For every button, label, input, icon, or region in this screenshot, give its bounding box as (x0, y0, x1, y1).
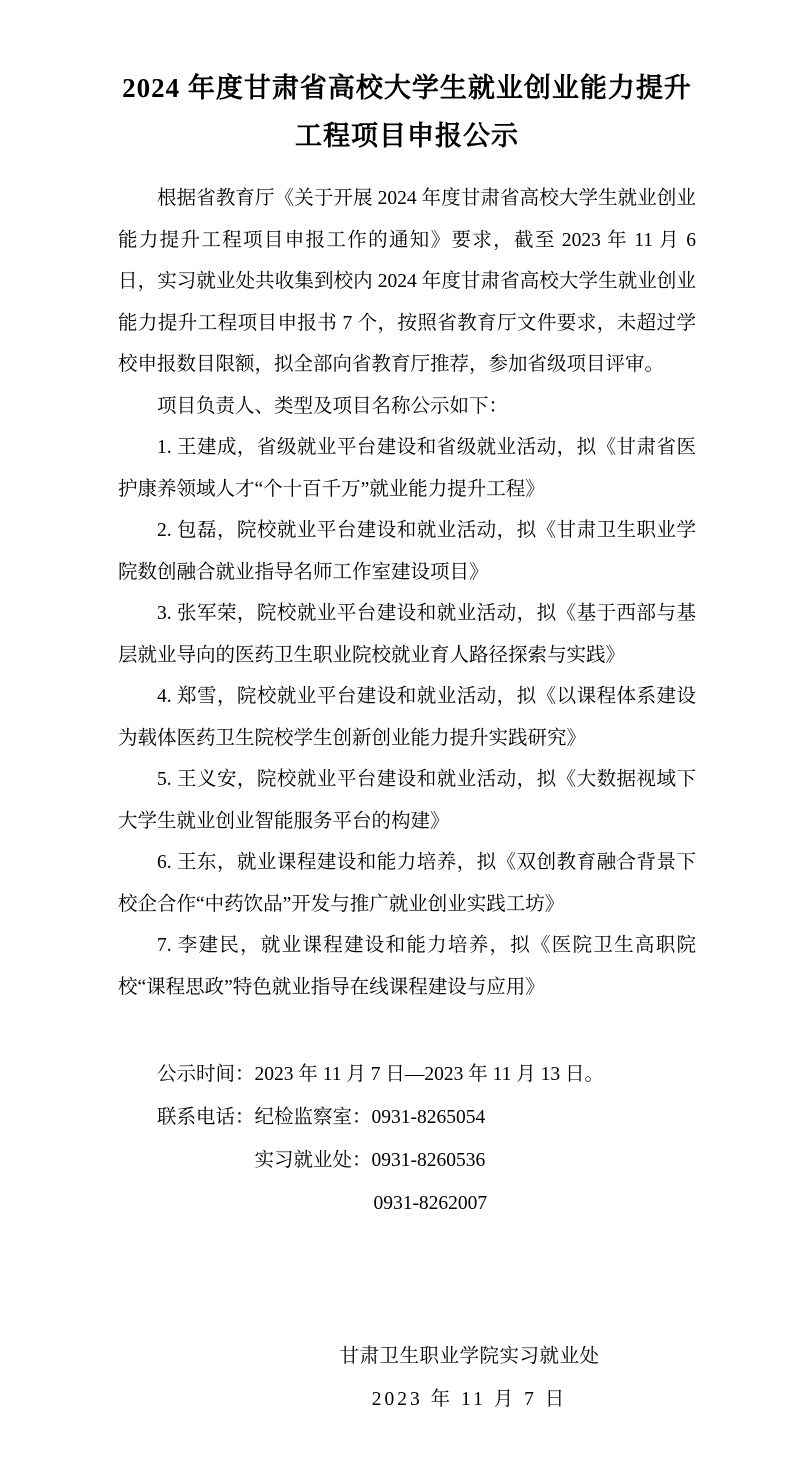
signature-org: 甘肃卫生职业学院实习就业处 (243, 1335, 696, 1378)
notice-block: 公示时间：2023 年 11 月 7 日—2023 年 11 月 13 日。 联… (118, 1053, 696, 1225)
project-item-2: 2. 包磊，院校就业平台建设和就业活动，拟《甘肃卫生职业学院数创融合就业指导名师… (118, 510, 696, 593)
document-title-line-1: 2024 年度甘肃省高校大学生就业创业能力提升 (118, 64, 696, 112)
signature-block: 甘肃卫生职业学院实习就业处 2023 年 11 月 7 日 (118, 1335, 696, 1421)
project-item-6: 6. 王东，就业课程建设和能力培养，拟《双创教育融合背景下校企合作“中药饮品”开… (118, 842, 696, 925)
document-title-line-2: 工程项目申报公示 (118, 112, 696, 160)
list-heading: 项目负责人、类型及项目名称公示如下： (118, 386, 696, 428)
project-list: 1. 王建成，省级就业平台建设和省级就业活动，拟《甘肃省医护康养领域人才“个十百… (118, 427, 696, 1008)
project-item-7: 7. 李建民，就业课程建设和能力培养，拟《医院卫生高职院校“课程思政”特色就业指… (118, 925, 696, 1008)
document-page: 2024 年度甘肃省高校大学生就业创业能力提升 工程项目申报公示 根据省教育厅《… (0, 0, 793, 1481)
project-item-3: 3. 张军荣，院校就业平台建设和就业活动，拟《基于西部与基层就业导向的医药卫生职… (118, 593, 696, 676)
project-item-5: 5. 王义安，院校就业平台建设和就业活动，拟《大数据视域下大学生就业创业智能服务… (118, 759, 696, 842)
contact-phone-line-2: 实习就业处：0931-8260536 (118, 1139, 696, 1182)
contact-phone-line-3: 0931-8262007 (118, 1182, 696, 1225)
contact-phone-line-1: 联系电话：纪检监察室：0931-8265054 (118, 1096, 696, 1139)
document-title: 2024 年度甘肃省高校大学生就业创业能力提升 工程项目申报公示 (118, 64, 696, 160)
intro-paragraph: 根据省教育厅《关于开展 2024 年度甘肃省高校大学生就业创业能力提升工程项目申… (118, 178, 696, 386)
publicity-period: 公示时间：2023 年 11 月 7 日—2023 年 11 月 13 日。 (118, 1053, 696, 1096)
signature-date: 2023 年 11 月 7 日 (243, 1378, 696, 1421)
project-item-1: 1. 王建成，省级就业平台建设和省级就业活动，拟《甘肃省医护康养领域人才“个十百… (118, 427, 696, 510)
project-item-4: 4. 郑雪，院校就业平台建设和就业活动，拟《以课程体系建设为载体医药卫生院校学生… (118, 676, 696, 759)
document-content: 2024 年度甘肃省高校大学生就业创业能力提升 工程项目申报公示 根据省教育厅《… (118, 64, 696, 1421)
